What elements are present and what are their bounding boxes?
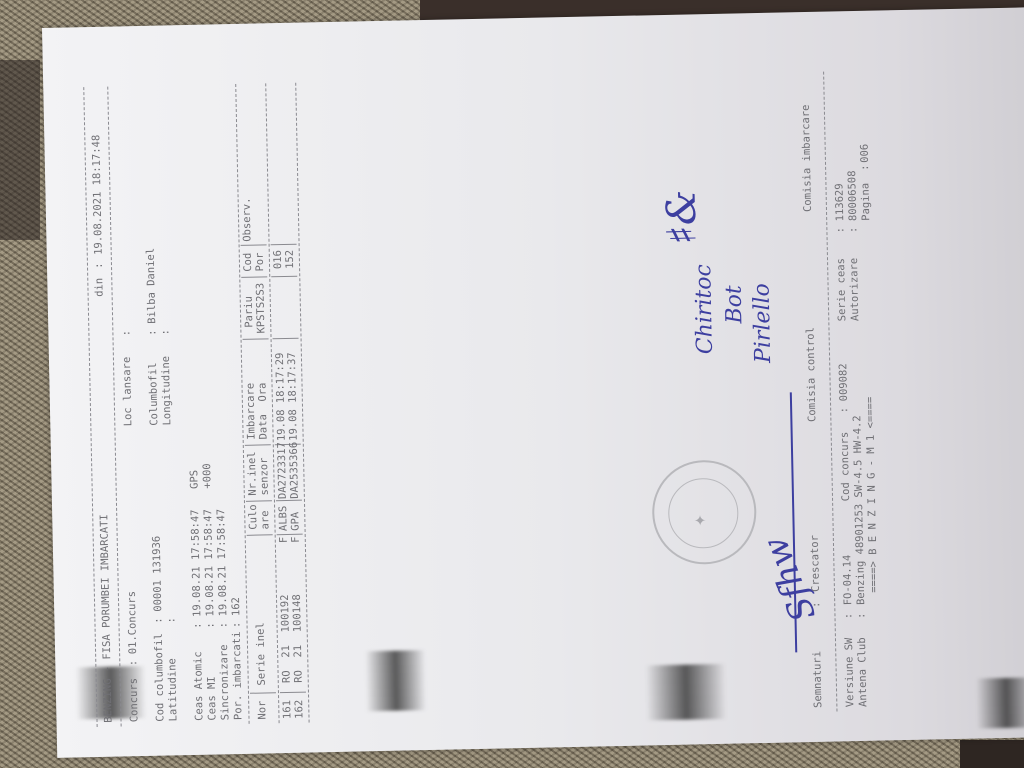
background-edge <box>960 740 1024 768</box>
column-header: are <box>259 510 272 529</box>
date-label: din <box>93 278 106 297</box>
columbofil-label: Columbofil <box>147 362 161 425</box>
club-seal-stamp: ✦ <box>651 459 757 565</box>
ceas-atomic-note: GPS <box>188 470 201 489</box>
pagina-value: 006 <box>859 144 872 163</box>
serie-ceas-value: 113629 <box>833 183 847 221</box>
column-header: Por <box>254 252 267 271</box>
cod-columbofil-value: 00001 131936 <box>151 536 166 612</box>
sincronizare-value: 19.08.21 17:58:47 <box>215 509 230 617</box>
por-imbarcati-label: Por. imbarcati <box>231 631 246 720</box>
column-header: KPSTS2S3 <box>254 283 268 334</box>
comisia-control-label: Comisia control <box>804 327 819 422</box>
date-separator: : <box>93 262 106 269</box>
background-shadow <box>0 60 40 240</box>
paper-sheet: BENZING - FISA PORUMBEI IMBARCATI din : … <box>42 7 1024 758</box>
form-title: BENZING - FISA PORUMBEI IMBARCATI <box>98 514 115 723</box>
cod-columbofil-label: Cod columbofil <box>153 633 168 722</box>
bird-icon: ✦ <box>692 514 705 526</box>
crescator-label: Crescator <box>809 535 823 592</box>
print-smudge <box>976 677 1024 728</box>
pagina-label: Pagina <box>859 183 873 221</box>
embarkation-form: BENZING - FISA PORUMBEI IMBARCATI din : … <box>82 30 916 727</box>
loc-lansare-label: Loc lansare <box>121 357 135 427</box>
column-header: Data Ora <box>256 382 270 439</box>
autorizare-label: Autorizare <box>848 258 862 321</box>
ceas-mi-label: Ceas MI <box>206 676 220 721</box>
date-value: 19.08.2021 18:17:48 <box>90 135 106 255</box>
antena-club-label: Antena Club <box>856 637 870 707</box>
column-header: Serie inel <box>254 622 268 685</box>
column-header: Nor <box>256 700 269 719</box>
concurs-label: Concurs <box>128 678 142 723</box>
cod-concurs-value: 009082 <box>837 363 851 401</box>
ceas-mi-note: +000 <box>201 463 215 489</box>
serie-ceas-label: Serie ceas <box>835 258 849 321</box>
concurs-value: 01.Concurs <box>126 591 140 654</box>
columbofil-value: Bilba Daniel <box>145 248 160 324</box>
signature-crescator: Sfhw <box>768 536 812 622</box>
latitudine-label: Latitudine <box>166 658 180 721</box>
column-header: senzor <box>258 457 272 495</box>
autorizare-value: 80006508 <box>846 170 860 221</box>
brand-banner: ====> B E N Z I N G - M 1 <==== <box>864 397 881 593</box>
signature-comisia: ♯& <box>676 190 690 245</box>
longitudine-label: Longitudine <box>160 356 174 426</box>
comisia-imbarcare-label: Comisia imbarcare <box>800 104 815 212</box>
ceas-atomic-label: Ceas Atomic <box>192 651 206 721</box>
semnaturi-label: Semnaturi <box>811 651 825 708</box>
versiune-sw-value: FO-04.14 <box>841 555 855 606</box>
por-imbarcati-value: 162 <box>230 597 243 616</box>
handwritten-name: Bot <box>728 285 742 324</box>
column-header: Observ. <box>241 197 255 242</box>
handwritten-name: Chiritoc <box>697 264 712 354</box>
handwritten-name: Pirlello <box>756 283 771 363</box>
